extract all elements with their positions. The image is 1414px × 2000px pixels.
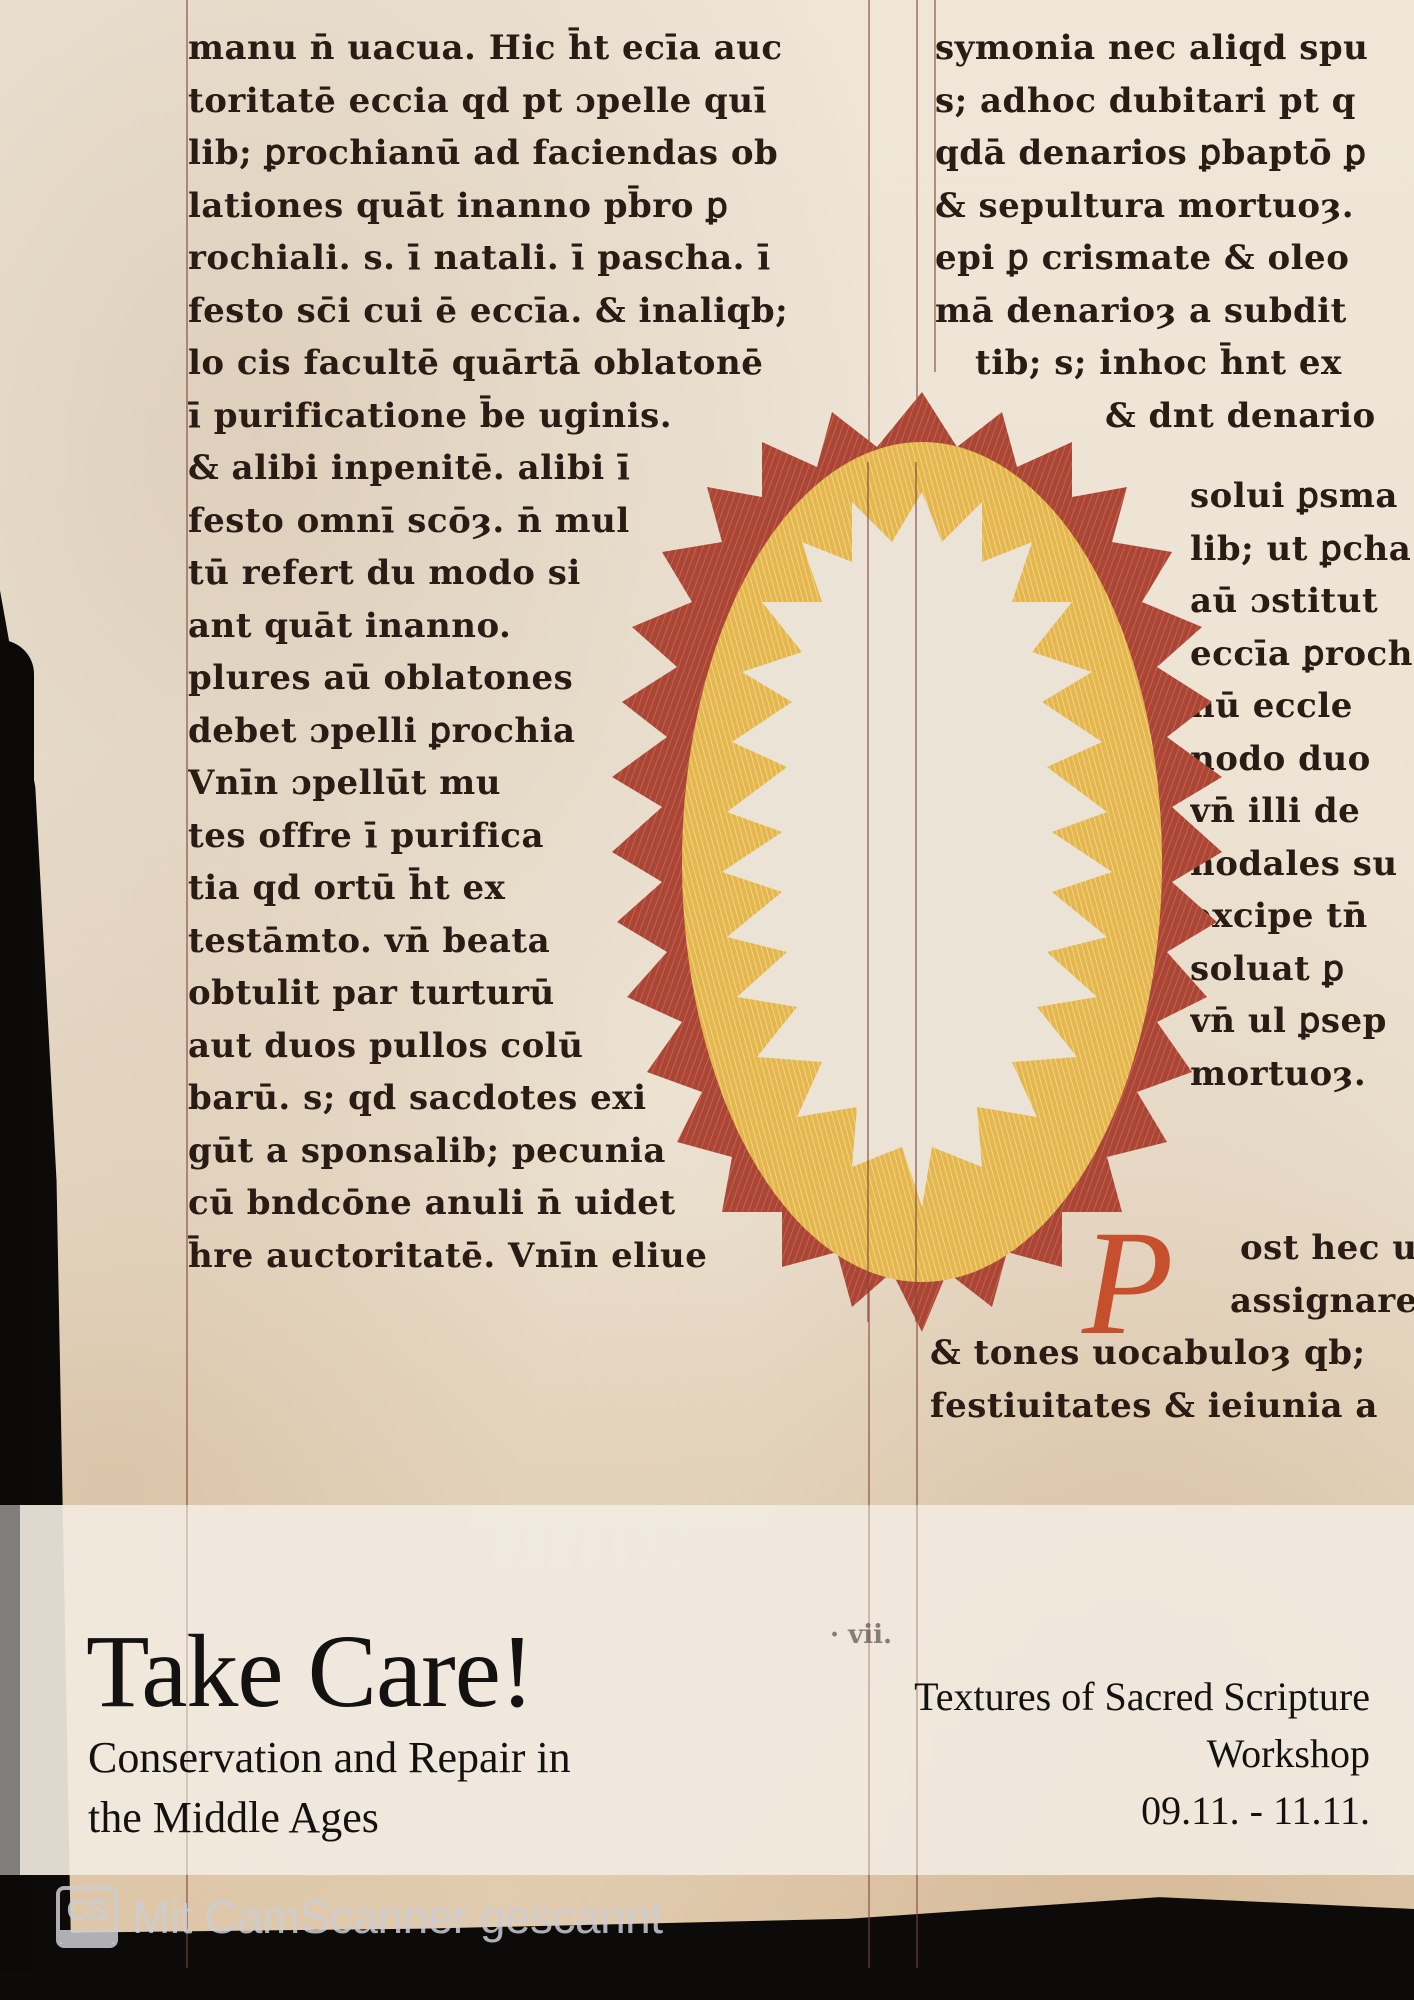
event-dates: 09.11. - 11.11.: [914, 1782, 1370, 1839]
text-line: festo sc̄i cui ē eccīa. & inaliqb;: [188, 285, 878, 338]
event-type: Workshop: [914, 1725, 1370, 1782]
text-line: festiuitates & ieiunia a: [930, 1380, 1414, 1433]
text-line: epi ꝑ crismate & oleo: [935, 232, 1414, 285]
ruling-line: [868, 1505, 870, 1875]
event-info: Textures of Sacred Scripture Workshop 09…: [914, 1668, 1370, 1839]
text-line: & sepultura mortuoȝ.: [935, 180, 1414, 233]
watermark-text: Mit CamScanner gescannt: [132, 1890, 663, 1944]
text-line: lationes quāt inanno pb̄ro ꝑ: [188, 180, 878, 233]
text-line: lib; ꝑrochianū ad faciendas ob: [188, 127, 878, 180]
rubricated-initial: P: [1082, 1208, 1174, 1358]
camscanner-watermark: CS Mit CamScanner gescannt: [56, 1886, 663, 1948]
text-line: manu n̄ uacua. Hic h̄t ecīa auc: [188, 22, 878, 75]
poster-title: Take Care!: [86, 1620, 534, 1724]
text-line: lo cis facultē quārtā oblatonē: [188, 337, 878, 390]
text-line: tib; s; inhoc h̄nt ex: [935, 337, 1414, 390]
folio-number: · vii.: [830, 1620, 892, 1650]
camscanner-logo-icon: CS: [56, 1886, 118, 1948]
event-name: Textures of Sacred Scripture: [914, 1668, 1370, 1725]
text-line: mā denarioȝ a subdit: [935, 285, 1414, 338]
subtitle-line-1: Conservation and Repair in: [88, 1728, 768, 1788]
text-line: qdā denarios ꝑbaptō ꝑ: [935, 127, 1414, 180]
embroidered-repair-icon: [612, 392, 1232, 1332]
subtitle-line-2: the Middle Ages: [88, 1788, 768, 1848]
text-line: toritatē eccia qd pt ɔpelle quī: [188, 75, 878, 128]
text-line: s; adhoc dubitari pt q: [935, 75, 1414, 128]
poster-subtitle: Conservation and Repair in the Middle Ag…: [88, 1728, 768, 1848]
manuscript-right-column: symonia nec aliqd spu s; adhoc dubitari …: [935, 22, 1414, 442]
text-line: rochiali. s. ī natali. ī pascha. ī: [188, 232, 878, 285]
text-line: symonia nec aliqd spu: [935, 22, 1414, 75]
